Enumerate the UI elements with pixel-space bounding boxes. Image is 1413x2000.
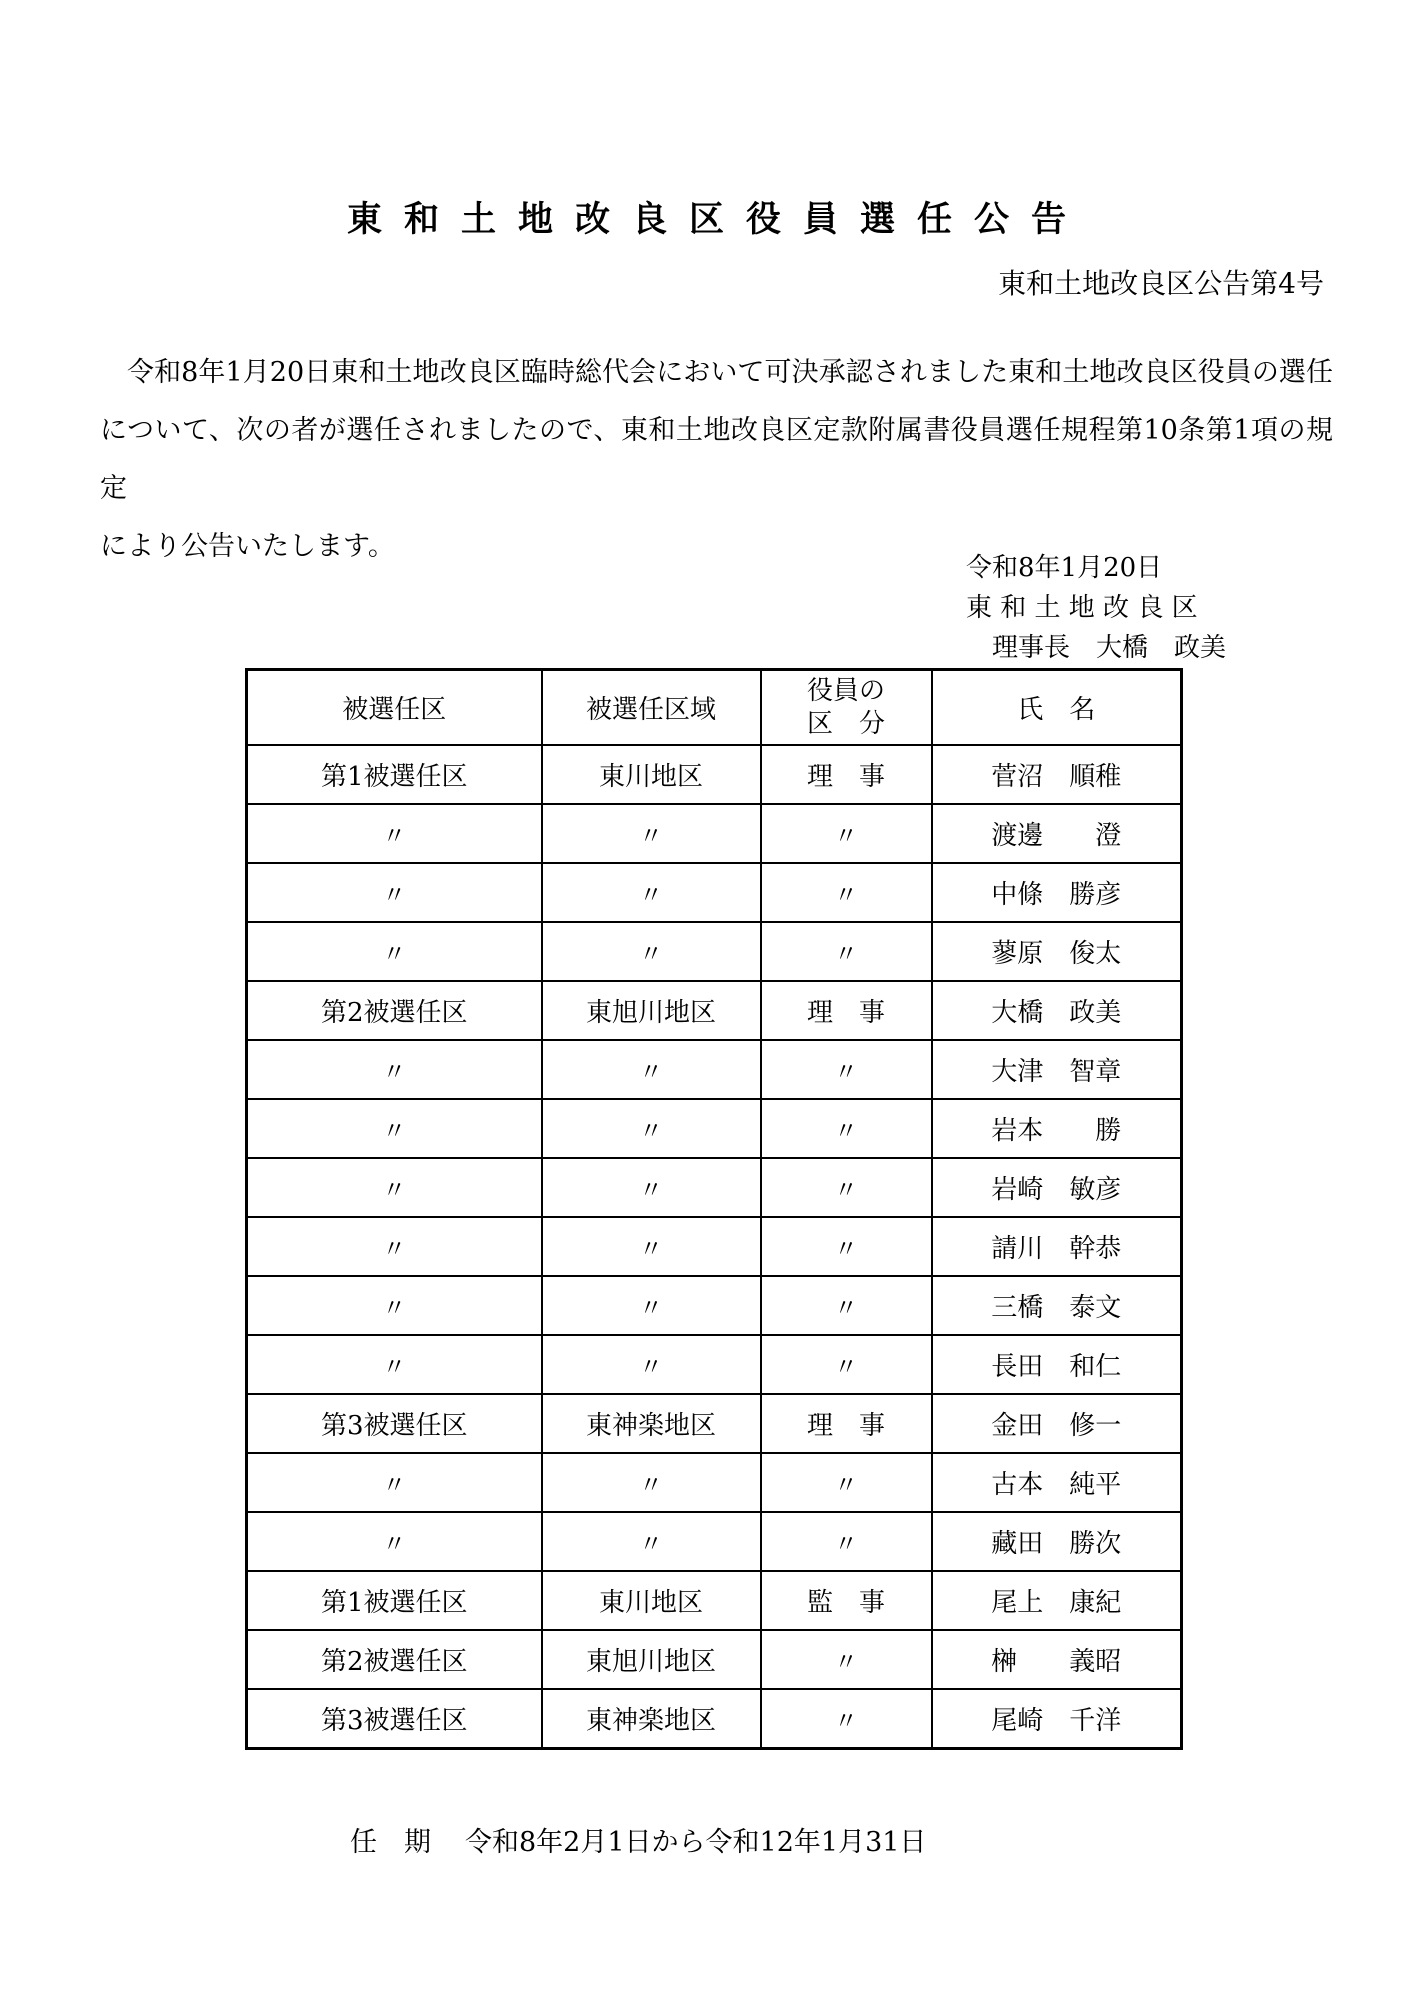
table-row: 〃 〃 〃 藏田 勝次 bbox=[247, 1512, 1182, 1571]
table-header-row: 被選任区 被選任区域 役員の 区 分 氏 名 bbox=[247, 670, 1182, 746]
table-row: 第2被選任区 東旭川地区 理 事 大橋 政美 bbox=[247, 981, 1182, 1040]
header-name: 氏 名 bbox=[932, 670, 1182, 746]
table-row: 〃 〃 〃 古本 純平 bbox=[247, 1453, 1182, 1512]
cell-area: 〃 bbox=[542, 1276, 761, 1335]
cell-area: 東神楽地区 bbox=[542, 1689, 761, 1749]
table-body: 第1被選任区 東川地区 理 事 菅沼 順稚 〃 〃 〃 渡邊 澄 〃 〃 〃 中… bbox=[247, 745, 1182, 1749]
cell-area: 東川地区 bbox=[542, 1571, 761, 1630]
cell-district: 〃 bbox=[247, 1099, 542, 1158]
cell-name: 榊 義昭 bbox=[932, 1630, 1182, 1689]
cell-role: 〃 bbox=[761, 1630, 932, 1689]
table-row: 〃 〃 〃 岩崎 敏彦 bbox=[247, 1158, 1182, 1217]
header-area: 被選任区域 bbox=[542, 670, 761, 746]
cell-area: 東神楽地区 bbox=[542, 1394, 761, 1453]
cell-district: 〃 bbox=[247, 804, 542, 863]
cell-district: 〃 bbox=[247, 1335, 542, 1394]
body-paragraph: 令和8年1月20日東和土地改良区臨時総代会において可決承認されました東和土地改良… bbox=[100, 344, 1333, 576]
cell-district: 〃 bbox=[247, 1512, 542, 1571]
cell-area: 東旭川地区 bbox=[542, 981, 761, 1040]
table-row: 〃 〃 〃 岩本 勝 bbox=[247, 1099, 1182, 1158]
cell-name: 長田 和仁 bbox=[932, 1335, 1182, 1394]
term-value: 令和8年2月1日から令和12年1月31日 bbox=[465, 1827, 926, 1858]
header-role-line2: 区 分 bbox=[807, 708, 885, 741]
notice-number: 東和土地改良区公告第4号 bbox=[0, 262, 1324, 302]
header-role-line1: 役員の bbox=[807, 675, 885, 708]
cell-district: 〃 bbox=[247, 863, 542, 922]
cell-area: 〃 bbox=[542, 863, 761, 922]
cell-role: 理 事 bbox=[761, 745, 932, 804]
cell-area: 〃 bbox=[542, 804, 761, 863]
cell-district: 第3被選任区 bbox=[247, 1689, 542, 1749]
signature-block: 令和8年1月20日 東 和 土 地 改 良 区 理事長 大橋 政美 bbox=[966, 548, 1238, 668]
table-row: 〃 〃 〃 大津 智章 bbox=[247, 1040, 1182, 1099]
cell-name: 菅沼 順稚 bbox=[932, 745, 1182, 804]
cell-name: 渡邊 澄 bbox=[932, 804, 1182, 863]
cell-role: 理 事 bbox=[761, 1394, 932, 1453]
cell-name: 藏田 勝次 bbox=[932, 1512, 1182, 1571]
table-row: 〃 〃 〃 中條 勝彦 bbox=[247, 863, 1182, 922]
cell-role: 理 事 bbox=[761, 981, 932, 1040]
cell-role: 〃 bbox=[761, 922, 932, 981]
cell-name: 請川 幹恭 bbox=[932, 1217, 1182, 1276]
cell-name: 尾上 康紀 bbox=[932, 1571, 1182, 1630]
table-row: 第1被選任区 東川地区 理 事 菅沼 順稚 bbox=[247, 745, 1182, 804]
cell-role: 〃 bbox=[761, 1335, 932, 1394]
cell-role: 〃 bbox=[761, 1099, 932, 1158]
cell-district: 〃 bbox=[247, 1040, 542, 1099]
table-row: 〃 〃 〃 長田 和仁 bbox=[247, 1335, 1182, 1394]
table-row: 〃 〃 〃 三橋 泰文 bbox=[247, 1276, 1182, 1335]
cell-area: 〃 bbox=[542, 1453, 761, 1512]
cell-district: 〃 bbox=[247, 1217, 542, 1276]
cell-area: 〃 bbox=[542, 1217, 761, 1276]
cell-name: 尾崎 千洋 bbox=[932, 1689, 1182, 1749]
table-row: 第1被選任区 東川地区 監 事 尾上 康紀 bbox=[247, 1571, 1182, 1630]
cell-name: 蓼原 俊太 bbox=[932, 922, 1182, 981]
table-row: 第3被選任区 東神楽地区 理 事 金田 修一 bbox=[247, 1394, 1182, 1453]
cell-district: 第1被選任区 bbox=[247, 1571, 542, 1630]
header-role: 役員の 区 分 bbox=[761, 670, 932, 746]
cell-role: 〃 bbox=[761, 863, 932, 922]
table-row: 〃 〃 〃 渡邊 澄 bbox=[247, 804, 1182, 863]
signature-organization: 東 和 土 地 改 良 区 bbox=[966, 588, 1238, 628]
cell-role: 〃 bbox=[761, 1217, 932, 1276]
cell-district: 〃 bbox=[247, 1453, 542, 1512]
cell-district: 〃 bbox=[247, 1158, 542, 1217]
cell-role: 〃 bbox=[761, 1512, 932, 1571]
term-of-office: 任 期令和8年2月1日から令和12年1月31日 bbox=[350, 1820, 926, 1859]
document-page: 東和土地改良区役員選任公告 東和土地改良区公告第4号 令和8年1月20日東和土地… bbox=[0, 0, 1413, 2000]
cell-name: 金田 修一 bbox=[932, 1394, 1182, 1453]
officer-table: 被選任区 被選任区域 役員の 区 分 氏 名 第1被選任区 東川地区 理 事 菅… bbox=[245, 668, 1183, 1750]
table-row: 〃 〃 〃 請川 幹恭 bbox=[247, 1217, 1182, 1276]
cell-district: 第3被選任区 bbox=[247, 1394, 542, 1453]
signature-date: 令和8年1月20日 bbox=[966, 548, 1238, 588]
cell-name: 岩本 勝 bbox=[932, 1099, 1182, 1158]
cell-name: 三橋 泰文 bbox=[932, 1276, 1182, 1335]
cell-area: 東旭川地区 bbox=[542, 1630, 761, 1689]
body-line: 令和8年1月20日東和土地改良区臨時総代会において可決承認されました東和土地改良… bbox=[100, 344, 1333, 402]
table-row: 第2被選任区 東旭川地区 〃 榊 義昭 bbox=[247, 1630, 1182, 1689]
cell-role: 〃 bbox=[761, 1276, 932, 1335]
cell-district: 第2被選任区 bbox=[247, 981, 542, 1040]
cell-role: 〃 bbox=[761, 1689, 932, 1749]
cell-area: 〃 bbox=[542, 1512, 761, 1571]
cell-name: 大津 智章 bbox=[932, 1040, 1182, 1099]
cell-district: 第1被選任区 bbox=[247, 745, 542, 804]
cell-role: 監 事 bbox=[761, 1571, 932, 1630]
body-line: について、次の者が選任されましたので、東和土地改良区定款附属書役員選任規程第10… bbox=[100, 402, 1333, 518]
cell-district: 〃 bbox=[247, 1276, 542, 1335]
cell-name: 中條 勝彦 bbox=[932, 863, 1182, 922]
cell-district: 第2被選任区 bbox=[247, 1630, 542, 1689]
cell-name: 岩崎 敏彦 bbox=[932, 1158, 1182, 1217]
cell-role: 〃 bbox=[761, 1453, 932, 1512]
table-row: 〃 〃 〃 蓼原 俊太 bbox=[247, 922, 1182, 981]
cell-name: 大橋 政美 bbox=[932, 981, 1182, 1040]
cell-area: 〃 bbox=[542, 1335, 761, 1394]
cell-area: 〃 bbox=[542, 1040, 761, 1099]
table-row: 第3被選任区 東神楽地区 〃 尾崎 千洋 bbox=[247, 1689, 1182, 1749]
cell-area: 〃 bbox=[542, 1099, 761, 1158]
cell-role: 〃 bbox=[761, 804, 932, 863]
cell-area: 東川地区 bbox=[542, 745, 761, 804]
cell-area: 〃 bbox=[542, 922, 761, 981]
header-district: 被選任区 bbox=[247, 670, 542, 746]
cell-name: 古本 純平 bbox=[932, 1453, 1182, 1512]
cell-role: 〃 bbox=[761, 1040, 932, 1099]
header-role-text: 役員の 区 分 bbox=[807, 675, 885, 741]
page-title: 東和土地改良区役員選任公告 bbox=[0, 192, 1413, 242]
cell-district: 〃 bbox=[247, 922, 542, 981]
term-label: 任 期 bbox=[350, 1827, 431, 1858]
signature-role-name: 理事長 大橋 政美 bbox=[966, 628, 1238, 668]
cell-role: 〃 bbox=[761, 1158, 932, 1217]
cell-area: 〃 bbox=[542, 1158, 761, 1217]
